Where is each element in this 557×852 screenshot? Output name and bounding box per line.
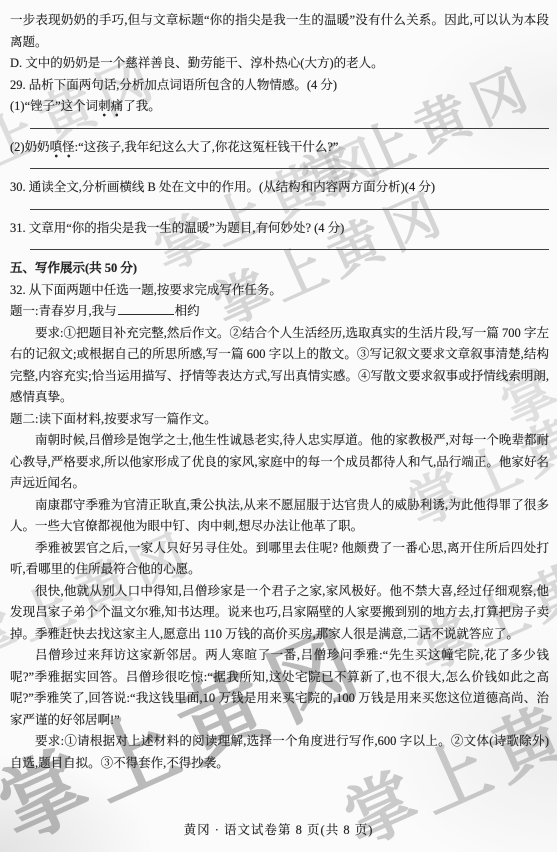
q29-item2-emphasized-word: 嗔怪 <box>50 140 75 158</box>
material-paragraph: 南康郡守季雅为官清正耿直,秉公执法,从来不愿屈服于达官贵人的威胁利诱,为此他得罪… <box>10 495 549 538</box>
material-paragraph: 季雅被罢官之后,一家人只好另寻住处。到哪里去住呢? 他颇费了一番心思,离开住所后… <box>10 538 549 581</box>
question-29-item-1: (1)“锉子”这个词刺痛了我。 <box>10 96 549 118</box>
answer-line <box>30 128 549 129</box>
topic-1-title: 题一:青春岁月,我与相约 <box>10 301 549 323</box>
q29-item1-emphasized-word: 刺痛 <box>98 99 123 117</box>
q29-item1-pre: (1)“锉子”这个词 <box>10 99 98 113</box>
page-footer: 黄冈 · 语文试卷第 8 页(共 8 页) <box>0 820 557 842</box>
question-31-stem: 31. 文章用“你的指尖是我一生的温暖”为题目,有何妙处? (4 分) <box>10 218 549 240</box>
exam-content: 一步表现奶奶的手巧,但与文章标题“你的指尖是我一生的温暖”没有什么关系。因此,可… <box>0 0 557 774</box>
topic1-title-post: 相约 <box>175 304 200 318</box>
material-paragraph: 吕僧珍过来拜访这家新邻居。两人寒暄了一番,吕僧珍问季雅:“先生买这幢宅院,花了多… <box>10 645 549 731</box>
exam-page-scan: 掌上黄冈 掌上黄冈 掌上黄冈 掌上黄冈 掌上黄冈 掌上黄冈 掌上黄冈 掌上黄冈 … <box>0 0 557 852</box>
fill-in-blank <box>118 302 174 315</box>
q29-item2-post: :“这孩子,我年纪这么大了,你花这冤枉钱干什么?” <box>75 140 339 154</box>
q29-item2-pre: (2)奶奶 <box>10 140 50 154</box>
answer-line <box>30 209 549 210</box>
option-c-continuation-text: 一步表现奶奶的手巧,但与文章标题“你的指尖是我一生的温暖”没有什么关系。因此,可… <box>10 10 549 53</box>
option-d-text: D. 文中的奶奶是一个慈祥善良、勤劳能干、淳朴热心(大方)的老人。 <box>10 53 549 75</box>
material-paragraph: 很快,他就从别人口中得知,吕僧珍家是一个君子之家,家风极好。他不禁大喜,经过仔细… <box>10 581 549 646</box>
material-paragraph: 南朝时候,吕僧珍是饱学之士,他生性诚恳老实,待人忠实厚道。他的家教极严,对每一个… <box>10 430 549 495</box>
question-30-stem: 30. 通读全文,分析画横线 B 处在文中的作用。(从结构和内容两方面分析)(4… <box>10 177 549 199</box>
q29-item1-post: 了我。 <box>123 99 161 113</box>
question-29-item-2: (2)奶奶嗔怪:“这孩子,我年纪这么大了,你花这冤枉钱干什么?” <box>10 137 549 159</box>
question-29-stem: 29. 品析下面两句话,分析加点词语所包含的人物情感。(4 分) <box>10 75 549 97</box>
topic-2-requirements: 要求:①请根据对上述材料的阅读理解,选择一个角度进行写作,600 字以上。②文体… <box>10 731 549 774</box>
topic-2-title: 题二:读下面材料,按要求写一篇作文。 <box>10 409 549 431</box>
answer-line <box>30 249 549 250</box>
answer-line <box>30 168 549 169</box>
topic-1-requirements: 要求:①把题目补充完整,然后作文。②结合个人生活经历,选取真实的生活片段,写一篇… <box>10 323 549 409</box>
topic1-title-pre: 题一:青春岁月,我与 <box>10 304 117 318</box>
question-32-stem: 32. 从下面两题中任选一题,按要求完成写作任务。 <box>10 280 549 302</box>
section-5-heading: 五、写作展示(共 50 分) <box>10 258 549 280</box>
